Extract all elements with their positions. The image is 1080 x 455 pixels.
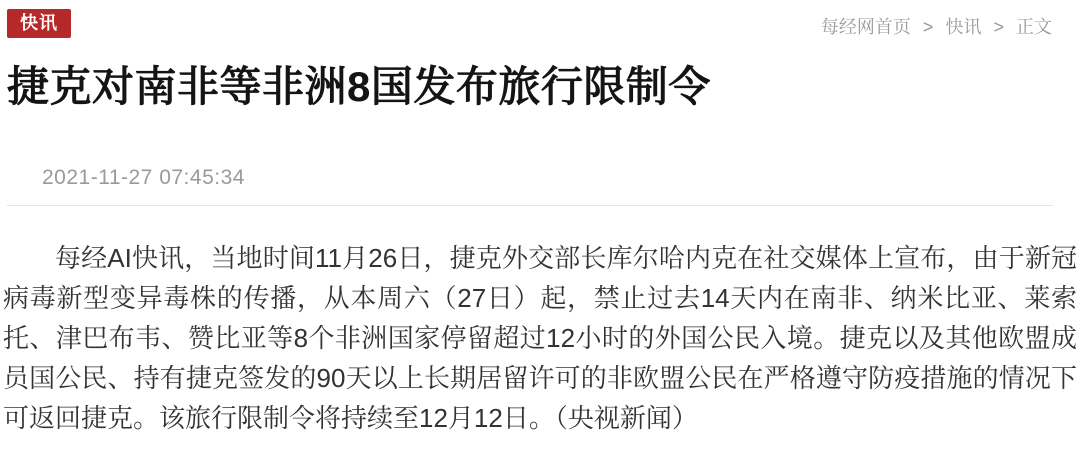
article-timestamp: 2021-11-27 07:45:34 [42,166,245,190]
breadcrumb: 每经网首页 > 快讯 > 正文 [821,13,1052,39]
section-badge[interactable]: 快讯 [7,9,71,38]
article-title: 捷克对南非等非洲8国发布旅行限制令 [7,62,1067,112]
divider [7,205,1053,206]
article-body: 每经AI快讯，当地时间11月26日，捷克外交部长库尔哈内克在社交媒体上宣布，由于… [3,238,1077,438]
breadcrumb-separator: > [993,17,1004,37]
breadcrumb-home[interactable]: 每经网首页 [821,17,911,37]
breadcrumb-separator: > [923,17,934,37]
breadcrumb-current: 正文 [1016,17,1052,37]
article-page: 快讯 每经网首页 > 快讯 > 正文 捷克对南非等非洲8国发布旅行限制令 202… [0,0,1080,455]
breadcrumb-section[interactable]: 快讯 [945,17,981,37]
